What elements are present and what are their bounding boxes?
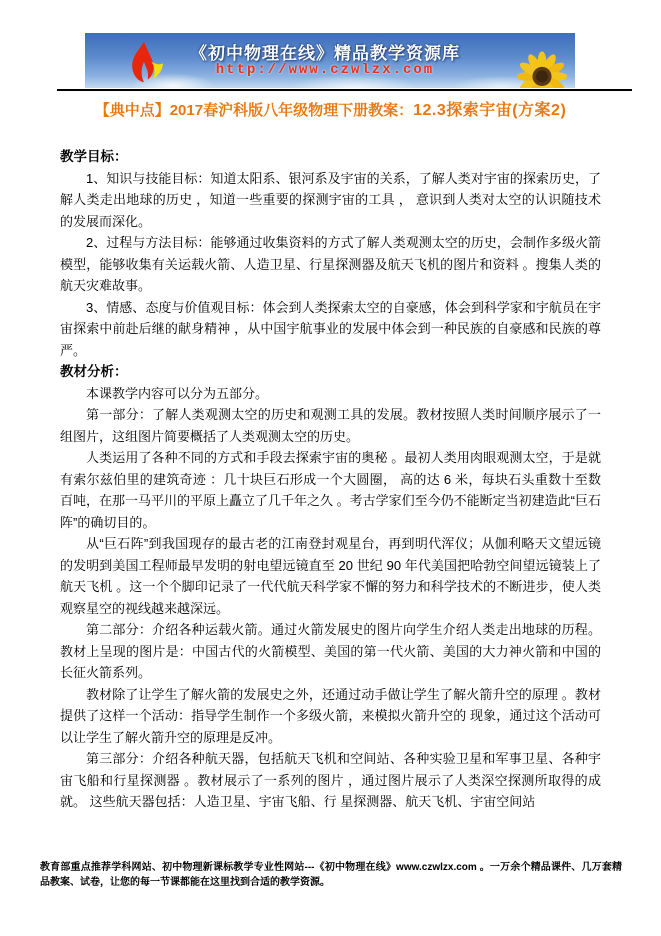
paragraph: 1、知识与技能目标：知道太阳系、银河系及宇宙的关系，了解人类对宇宙的探索历史，了… (60, 168, 601, 233)
site-url: http://www.czwlzx.com (145, 62, 505, 78)
paragraph: 第二部分：介绍各种运载火箭。通过火箭发展史的图片向学生介绍人类走出地球的历程。教… (60, 619, 601, 684)
paragraph: 第三部分：介绍各种航天器，包括航天飞机和空间站、各种实验卫星和军事卫星、各种宇宙… (60, 748, 601, 813)
paragraph: 第一部分：了解人类观测太空的历史和观测工具的发展。教材按照人类时间顺序展示了一组… (60, 404, 601, 447)
paragraph: 2、过程与方法目标：能够通过收集资料的方式了解人类观测太空的历史，会制作多级火箭… (60, 232, 601, 297)
page-footer: 教育部重点推荐学科网站、初中物理新课标教学专业性网站---《初中物理在线》www… (40, 860, 622, 890)
paragraph: 教材除了让学生了解火箭的发展史之外，还通过动手做让学生了解火箭升空的原理 。教材… (60, 684, 601, 749)
paragraph: 本课教学内容可以分为五部分。 (60, 383, 601, 405)
site-title: 《初中物理在线》精品教学资源库 (145, 39, 505, 64)
page-title-prefix: 【典中点】2017春沪科版八年级物理下册教案： (95, 102, 413, 119)
section-heading-teaching-goals: 教学目标： (60, 146, 601, 168)
document-body: 教学目标： 1、知识与技能目标：知道太阳系、银河系及宇宙的关系，了解人类对宇宙的… (60, 146, 601, 813)
paragraph: 3、情感、态度与价值观目标：体会到人类探索太空的自豪感，体会到科学家和宇航员在宇… (60, 297, 601, 362)
document-page: { "banner": { "site_title": "《初中物理在线》精品教… (0, 0, 661, 936)
paragraph: 人类运用了各种不同的方式和手段去探索宇宙的奥秘 。最初人类用肉眼观测太空，于是就… (60, 447, 601, 533)
page-title-emphasis: 12.3探索宇宙(方案2) (413, 102, 566, 119)
section-teaching-goals: 教学目标： 1、知识与技能目标：知道太阳系、银河系及宇宙的关系，了解人类对宇宙的… (60, 146, 601, 361)
sunflower-icon (509, 47, 575, 88)
section-material-analysis: 教材分析： 本课教学内容可以分为五部分。 第一部分：了解人类观测太空的历史和观测… (60, 361, 601, 813)
section-heading-material-analysis: 教材分析： (60, 361, 601, 383)
paragraph: 从“巨石阵”到我国现存的最古老的江南登封观星台，再到明代浑仪；从伽利略天文望远镜… (60, 533, 601, 619)
page-title: 【典中点】2017春沪科版八年级物理下册教案：12.3探索宇宙(方案2) (0, 97, 661, 120)
site-banner: 《初中物理在线》精品教学资源库 http://www.czwlzx.com (85, 33, 575, 88)
banner-divider-rule (57, 89, 632, 91)
